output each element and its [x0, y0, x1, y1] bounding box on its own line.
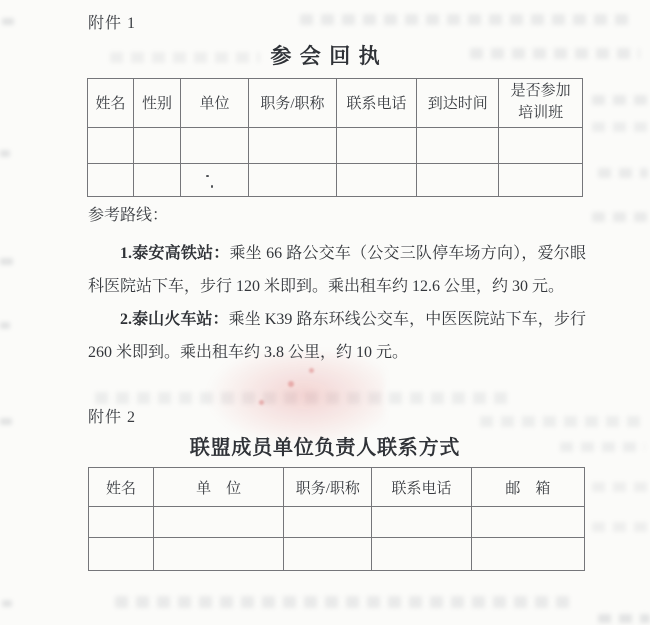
routes-heading: 参考路线： [88, 202, 168, 225]
empty-cell [372, 507, 472, 538]
bleed-through-mark [592, 482, 648, 492]
member-contact-table: 姓名 单 位 职务/职称 联系电话 邮 箱 [88, 467, 585, 571]
column-header-phone: 联系电话 [372, 468, 472, 507]
empty-cell [88, 163, 134, 196]
attachment-2-title: 联盟成员单位负责人联系方式 [0, 431, 650, 460]
scan-edge-mark [2, 600, 12, 607]
bleed-through-mark [115, 596, 570, 608]
bleed-through-mark [598, 614, 650, 623]
table-row [89, 538, 585, 571]
empty-cell [181, 127, 249, 163]
route-station-label: 1.泰安高铁站： [120, 245, 229, 262]
bleed-through-mark [300, 14, 630, 25]
empty-cell [471, 507, 584, 538]
column-header-position: 职务/职称 [284, 468, 372, 507]
column-header-training-attendance: 是否参加培训班 [499, 79, 583, 128]
bleed-through-mark [592, 95, 648, 105]
empty-cell [499, 163, 583, 196]
column-header-unit: 单 位 [153, 468, 283, 507]
empty-cell [372, 538, 472, 571]
empty-cell [153, 538, 283, 571]
attachment-1-label: 附件 1 [88, 10, 136, 33]
column-header-unit: 单位 [181, 79, 249, 128]
scan-edge-mark [0, 322, 10, 329]
column-header-arrival-time: 到达时间 [417, 79, 499, 128]
column-header-name: 姓名 [89, 468, 154, 507]
attachment-1-title: 参会回执 [0, 40, 650, 70]
scanned-document-page: 附件 1 参会回执 姓名 性别 单位 职务/职称 联系电话 到达时间 是否参加培… [0, 0, 650, 625]
empty-cell [248, 127, 336, 163]
empty-cell [88, 127, 134, 163]
empty-cell [471, 538, 584, 571]
bleed-through-mark [480, 416, 640, 427]
scan-edge-mark [0, 150, 10, 157]
column-header-phone: 联系电话 [336, 79, 416, 128]
route-item-taishan-railway-station: 2.泰山火车站：乘坐 K39 路东环线公交车，中医医院站下车，步行 260 米即… [88, 303, 586, 369]
empty-cell [89, 507, 154, 538]
bleed-through-mark [592, 212, 648, 222]
empty-cell [499, 127, 583, 163]
column-header-email: 邮 箱 [471, 468, 584, 507]
empty-cell [417, 127, 499, 163]
scan-edge-mark [0, 258, 13, 265]
bleed-through-mark [95, 392, 515, 404]
column-header-gender: 性别 [134, 79, 181, 128]
table-header-row: 姓名 性别 单位 职务/职称 联系电话 到达时间 是否参加培训班 [88, 79, 583, 128]
bleed-through-mark [598, 168, 648, 178]
bleed-through-mark [592, 122, 648, 132]
empty-cell [417, 163, 499, 196]
empty-cell [153, 507, 283, 538]
red-stamp-dot [259, 400, 264, 405]
column-header-name: 姓名 [88, 79, 134, 128]
empty-cell [134, 163, 181, 196]
table-row [89, 507, 585, 538]
empty-cell [134, 127, 181, 163]
attachment-2-label: 附件 2 [88, 404, 136, 427]
scan-edge-mark [2, 18, 14, 25]
table-row [88, 127, 583, 163]
route-item-taian-high-speed-rail: 1.泰安高铁站：乘坐 66 路公交车（公交三队停车场方向），爱尔眼科医院站下车，… [88, 237, 586, 303]
empty-cell [284, 507, 372, 538]
red-stamp-dot [288, 381, 294, 387]
column-header-position: 职务/职称 [248, 79, 336, 128]
route-station-label: 2.泰山火车站： [120, 311, 229, 328]
empty-cell [248, 163, 336, 196]
column-header-training-attendance-text: 是否参加培训班 [510, 81, 572, 125]
empty-cell [89, 538, 154, 571]
empty-cell [181, 163, 249, 196]
scan-edge-mark [0, 418, 12, 425]
empty-cell [336, 163, 416, 196]
reply-slip-table: 姓名 性别 单位 职务/职称 联系电话 到达时间 是否参加培训班 [87, 78, 583, 197]
table-row [88, 163, 583, 196]
table-header-row: 姓名 单 位 职务/职称 联系电话 邮 箱 [89, 468, 585, 507]
bleed-through-mark [592, 522, 648, 532]
empty-cell [336, 127, 416, 163]
empty-cell [284, 538, 372, 571]
